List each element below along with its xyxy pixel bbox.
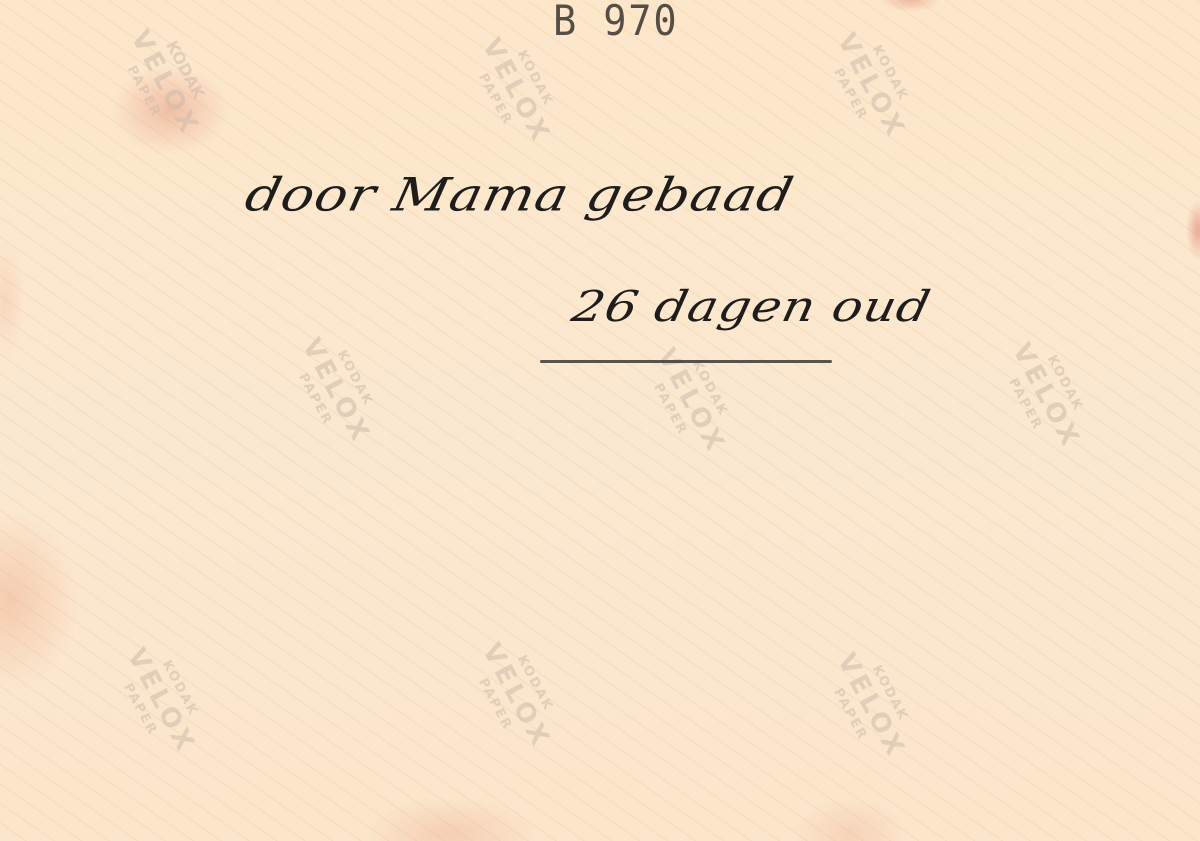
watermark: KODAK VELOX PAPER (464, 27, 567, 151)
watermark-brand: KODAK (678, 337, 741, 440)
catalog-stamp: B 970 (553, 0, 679, 45)
watermark-type: PAPER (464, 653, 527, 756)
watermark-brand: KODAK (162, 37, 209, 102)
watermark-type: PAPER (994, 353, 1057, 456)
watermark-brand: KODAK (858, 22, 921, 125)
photo-back-card: B 970 KODAK VELOX PAPER KODAK VELOX PAPE… (0, 0, 1200, 841)
watermark-brand: KODAK (858, 642, 921, 745)
watermark-type: PAPER (109, 658, 172, 761)
watermark-brand: KODAK (1033, 332, 1096, 435)
watermark-brand: KODAK (503, 632, 566, 735)
watermark: KODAK VELOX PAPER (819, 642, 922, 766)
handwritten-line-1: door Mama gebaad (241, 168, 799, 222)
watermark-name: VELOX (478, 34, 553, 143)
watermark-type: PAPER (639, 358, 702, 461)
watermark-name: VELOX (123, 644, 198, 753)
watermark: KODAK VELOX PAPER (994, 332, 1097, 456)
watermark-type: PAPER (112, 40, 175, 143)
watermark-name: VELOX (1008, 339, 1083, 448)
watermark-type: PAPER (819, 663, 882, 766)
watermark-name: VELOX (833, 29, 908, 138)
handwritten-underline (540, 360, 832, 363)
watermark: KODAK VELOX PAPER (112, 18, 218, 144)
watermark-name: VELOX (298, 334, 373, 443)
watermark: KODAK VELOX PAPER (464, 632, 567, 756)
watermark-name: VELOX (833, 649, 908, 758)
watermark: KODAK VELOX PAPER (639, 337, 742, 461)
watermark-type: PAPER (819, 43, 882, 146)
watermark-name: VELOX (478, 639, 553, 748)
handwritten-line-2: 26 dagen oud (568, 282, 936, 331)
watermark: KODAK VELOX PAPER (819, 22, 922, 146)
watermark-type: PAPER (464, 48, 527, 151)
watermark-brand: KODAK (323, 327, 386, 430)
watermark: KODAK VELOX PAPER (284, 327, 387, 451)
watermark: KODAK VELOX PAPER (109, 637, 212, 761)
watermark-brand: KODAK (148, 637, 211, 740)
watermark-type: PAPER (284, 348, 347, 451)
watermark-name: VELOX (126, 27, 201, 136)
